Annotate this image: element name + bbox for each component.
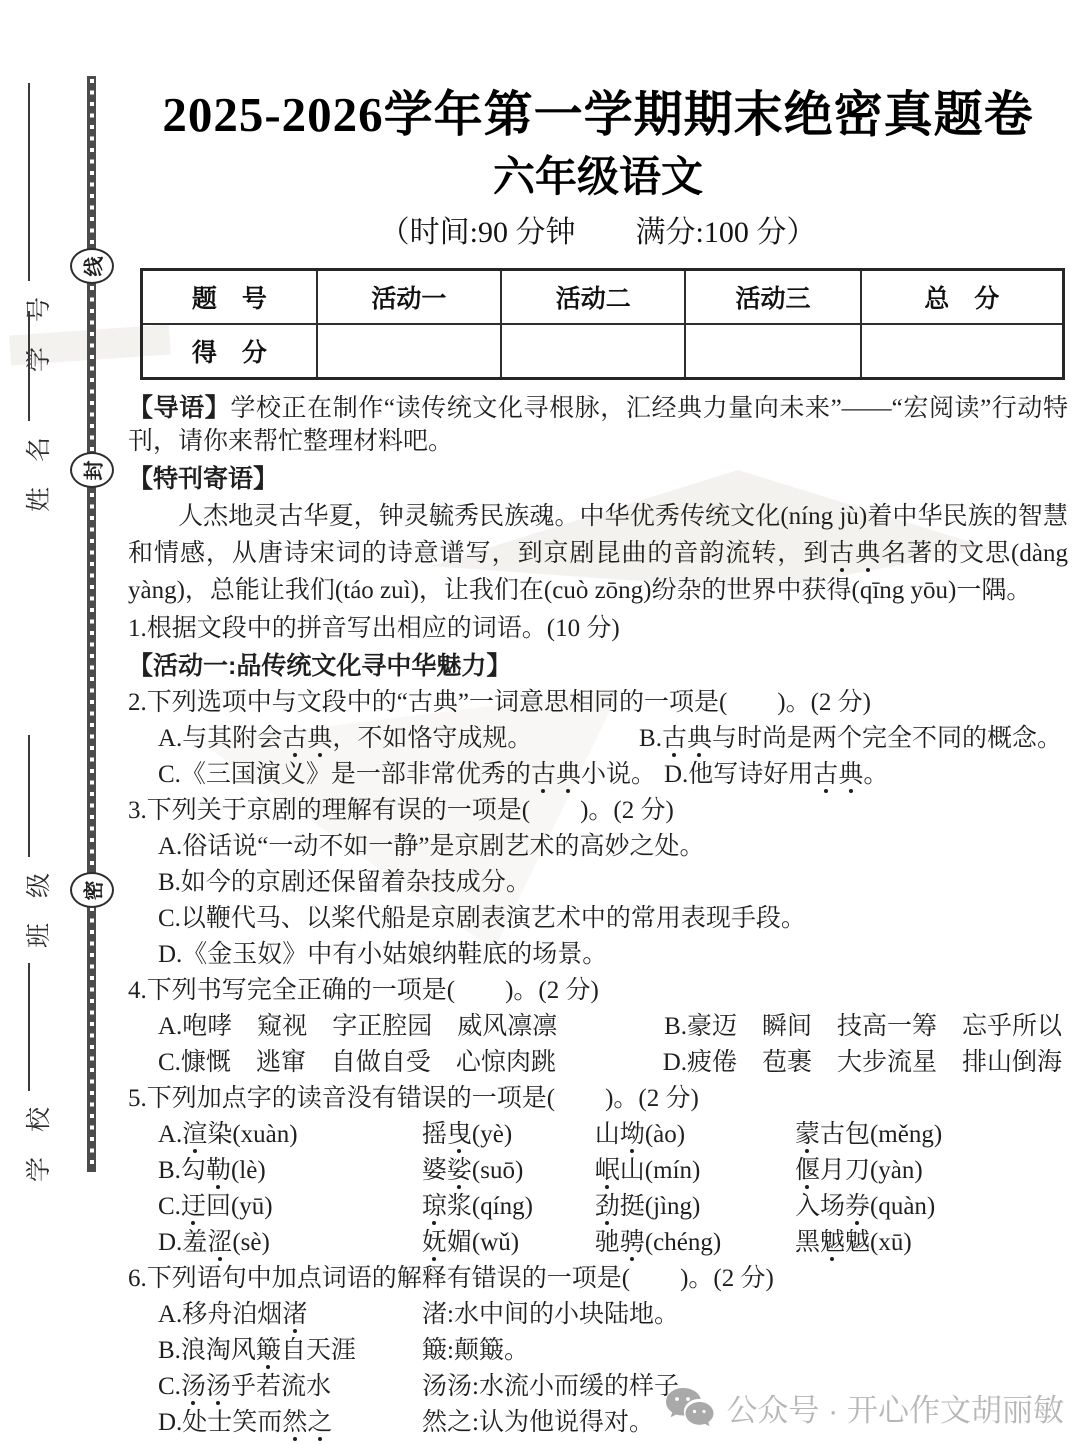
q6-b-explanation: 簸:颠簸。 bbox=[422, 1334, 1068, 1367]
q5-d-word-1: D.羞涩(sè) bbox=[158, 1226, 422, 1259]
page-subtitle: 六年级语文 bbox=[128, 152, 1068, 204]
q6-a-phrase: A.移舟泊烟渚 bbox=[158, 1298, 422, 1331]
q5-a-word-1: A.渲染(xuàn) bbox=[158, 1118, 422, 1151]
score-row-label: 得 分 bbox=[142, 324, 317, 379]
question-2-options-row-1: A.与其附会古典，不如恪守成规。 B.古典与时尚是两个完全不同的概念。 bbox=[128, 722, 1068, 755]
question-3-option-a: A.俗话说“一动不如一静”是京剧艺术的高妙之处。 bbox=[128, 830, 1068, 863]
score-table-header-row: 题 号 活动一 活动二 活动三 总 分 bbox=[142, 270, 1064, 325]
question-5-option-a: A.渲染(xuàn) 摇曳(yè) 山坳(ào) 蒙古包(měng) bbox=[128, 1118, 1068, 1151]
q5-a-word-4: 蒙古包(měng) bbox=[795, 1118, 1068, 1151]
student-number-blank-line bbox=[28, 83, 30, 281]
question-3-option-c: C.以鞭代马、以桨代船是京剧表演艺术中的常用表现手段。 bbox=[128, 902, 1068, 935]
question-2-options-row-2: C.《三国演义》是一部非常优秀的古典小说。 D.他写诗好用古典。 bbox=[128, 758, 1068, 791]
score-table-score-row: 得 分 bbox=[142, 324, 1064, 379]
publisher-watermark: 公众号 · 开心作文胡丽敏 bbox=[664, 1385, 1064, 1430]
class-label: 班 级 bbox=[19, 873, 55, 948]
watermark-text: 公众号 · 开心作文胡丽敏 bbox=[726, 1385, 1064, 1430]
q5-a-word-3: 山坳(ào) bbox=[595, 1118, 795, 1151]
q5-c-word-2: 琼浆(qíng) bbox=[422, 1190, 595, 1223]
question-2-option-d: D.他写诗好用古典。 bbox=[664, 758, 888, 791]
question-3-option-b: B.如今的京剧还保留着杂技成分。 bbox=[128, 866, 1068, 899]
question-4-option-a: A.咆哮 窥视 字正腔园 威风凛凛 bbox=[158, 1010, 557, 1043]
question-4-option-c: C.慷慨 逃窜 自做自受 心惊肉跳 bbox=[158, 1046, 556, 1079]
question-5-option-c: C.迂回(yū) 琼浆(qíng) 劲挺(jìng) 入场券(quàn) bbox=[128, 1190, 1068, 1223]
school-label: 学 校 bbox=[19, 1107, 55, 1182]
q5-c-word-4: 入场券(quàn) bbox=[795, 1190, 1068, 1223]
preface-paragraph: 人杰地灵古华夏，钟灵毓秀民族魂。中华优秀传统文化(níng jù)着中华民族的智… bbox=[128, 498, 1068, 609]
question-4-option-d: D.疲倦 苞裹 大步流星 排山倒海 bbox=[663, 1046, 1062, 1079]
seal-line-char: 线 bbox=[70, 248, 114, 284]
q5-d-word-2: 妩媚(wǔ) bbox=[422, 1226, 595, 1259]
q6-c-phrase: C.汤汤乎若流水 bbox=[158, 1370, 422, 1403]
q5-b-word-2: 婆娑(suō) bbox=[422, 1154, 595, 1187]
question-2-option-c: C.《三国演义》是一部非常优秀的古典小说。 bbox=[158, 758, 656, 791]
q5-b-word-4: 偃月刀(yàn) bbox=[795, 1154, 1068, 1187]
sidebar-field-class: 班 级 bbox=[20, 735, 54, 948]
header-cell-total: 总 分 bbox=[861, 270, 1064, 325]
score-cell bbox=[501, 324, 685, 379]
binding-line bbox=[87, 76, 96, 1172]
intro-paragraph: 【导语】学校正在制作“读传统文化寻根脉，汇经典力量向未来”——“宏阅读”行动特刊… bbox=[128, 392, 1068, 458]
score-table: 题 号 活动一 活动二 活动三 总 分 得 分 bbox=[140, 268, 1065, 380]
activity-1-header: 【活动一:品传统文化寻中华魅力】 bbox=[128, 649, 1068, 683]
exam-meta: （时间:90 分钟 满分:100 分） bbox=[128, 214, 1068, 252]
question-4-options-row-1: A.咆哮 窥视 字正腔园 威风凛凛 B.豪迈 瞬间 技高一筹 忘乎所以 bbox=[128, 1010, 1068, 1043]
question-4-options-row-2: C.慷慨 逃窜 自做自受 心惊肉跳 D.疲倦 苞裹 大步流星 排山倒海 bbox=[128, 1046, 1068, 1079]
exam-paper-page: 学 号 姓 名 班 级 学 校 线 封 密 2025-2026学年第一学期期末绝… bbox=[0, 0, 1080, 1444]
seal-feng-char: 封 bbox=[70, 452, 114, 488]
class-blank-line bbox=[28, 735, 30, 857]
score-cell bbox=[861, 324, 1064, 379]
q5-b-word-3: 岷山(mín) bbox=[595, 1154, 795, 1187]
question-6-option-a: A.移舟泊烟渚 渚:水中间的小块陆地。 bbox=[128, 1298, 1068, 1331]
q6-a-explanation: 渚:水中间的小块陆地。 bbox=[422, 1298, 1068, 1331]
question-2-option-b: B.古典与时尚是两个完全不同的概念。 bbox=[639, 722, 1062, 755]
q5-d-word-3: 驰骋(chéng) bbox=[595, 1226, 795, 1259]
question-6-stem: 6.下列语句中加点词语的解释有错误的一项是( )。(2 分) bbox=[128, 1262, 1068, 1295]
q5-a-word-2: 摇曳(yè) bbox=[422, 1118, 595, 1151]
sidebar-field-school: 学 校 bbox=[20, 963, 54, 1182]
page-title: 2025-2026学年第一学期期末绝密真题卷 bbox=[128, 84, 1068, 146]
question-3-option-d: D.《金玉奴》中有小姑娘纳鞋底的场景。 bbox=[128, 938, 1068, 971]
header-cell-activity-1: 活动一 bbox=[317, 270, 501, 325]
question-2-option-a: A.与其附会古典，不如恪守成规。 bbox=[158, 722, 532, 755]
question-4-option-b: B.豪迈 瞬间 技高一筹 忘乎所以 bbox=[664, 1010, 1062, 1043]
question-4-stem: 4.下列书写完全正确的一项是( )。(2 分) bbox=[128, 974, 1068, 1007]
intro-tag: 【导语】 bbox=[128, 394, 230, 422]
intro-text: 学校正在制作“读传统文化寻根脉，汇经典力量向未来”——“宏阅读”行动特刊，请你来… bbox=[128, 395, 1068, 455]
question-1-stem: 1.根据文段中的拼音写出相应的词语。(10 分) bbox=[128, 612, 1068, 645]
question-5-option-b: B.勾勒(lè) 婆娑(suō) 岷山(mín) 偃月刀(yàn) bbox=[128, 1154, 1068, 1187]
q6-d-phrase: D.处士笑而然之 bbox=[158, 1406, 422, 1439]
name-blank-line bbox=[28, 311, 30, 421]
question-5-option-d: D.羞涩(sè) 妩媚(wǔ) 驰骋(chéng) 黑魆魆(xū) bbox=[128, 1226, 1068, 1259]
wechat-icon bbox=[664, 1386, 716, 1430]
preface-header: 【特刊寄语】 bbox=[128, 462, 1068, 496]
name-label: 姓 名 bbox=[19, 437, 55, 512]
question-3-stem: 3.下列关于京剧的理解有误的一项是( )。(2 分) bbox=[128, 794, 1068, 827]
q5-b-word-1: B.勾勒(lè) bbox=[158, 1154, 422, 1187]
question-6-option-b: B.浪淘风簸自天涯 簸:颠簸。 bbox=[128, 1334, 1068, 1367]
question-2-stem: 2.下列选项中与文段中的“古典”一词意思相同的一项是( )。(2 分) bbox=[128, 686, 1068, 719]
q5-c-word-1: C.迂回(yū) bbox=[158, 1190, 422, 1223]
school-blank-line bbox=[28, 963, 30, 1091]
score-cell bbox=[317, 324, 501, 379]
q5-d-word-4: 黑魆魆(xū) bbox=[795, 1226, 1068, 1259]
paper-body: 2025-2026学年第一学期期末绝密真题卷 六年级语文 （时间:90 分钟 满… bbox=[128, 0, 1068, 1439]
q5-c-word-3: 劲挺(jìng) bbox=[595, 1190, 795, 1223]
seal-mi-char: 密 bbox=[70, 872, 114, 908]
q6-b-phrase: B.浪淘风簸自天涯 bbox=[158, 1334, 422, 1367]
score-cell bbox=[685, 324, 860, 379]
sidebar-field-name: 姓 名 bbox=[20, 311, 54, 512]
question-5-stem: 5.下列加点字的读音没有错误的一项是( )。(2 分) bbox=[128, 1082, 1068, 1115]
header-cell-activity-3: 活动三 bbox=[685, 270, 860, 325]
header-cell-question-number: 题 号 bbox=[142, 270, 317, 325]
header-cell-activity-2: 活动二 bbox=[501, 270, 685, 325]
